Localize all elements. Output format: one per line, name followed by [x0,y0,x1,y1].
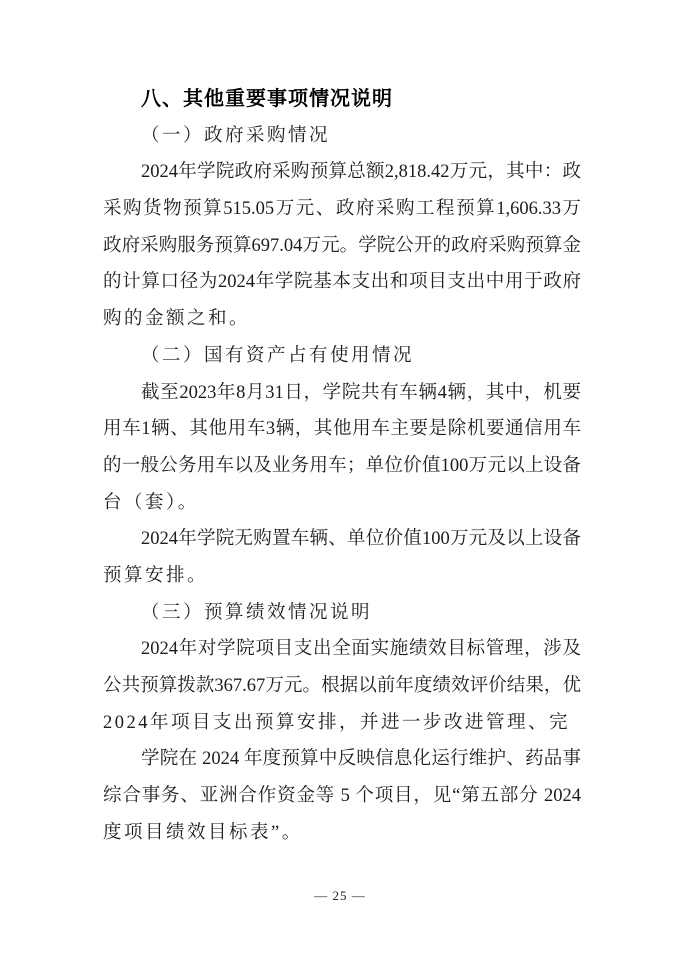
document-line: 2024年学院政府采购预算总额2,818.42万元，其中：政府 [103,154,581,191]
document-line: 采购货物预算515.05万元、政府采购工程预算1,606.33万元、 [103,191,581,228]
document-line: 的一般公务用车以及业务用车；单位价值100万元以上设备2 [103,448,581,485]
section-heading: 八、其他重要事项情况说明 [103,81,581,118]
subsection-heading: （一）政府采购情况 [103,118,581,155]
document-line: 2024年学院无购置车辆、单位价值100万元及以上设备的 [103,521,581,558]
document-line: 预算安排。 [103,558,581,595]
document-line: 截至2023年8月31日，学院共有车辆4辆，其中，机要通信 [103,375,581,412]
document-line: 购的金额之和。 [103,301,581,338]
document-line: 公共预算拨款367.67万元。根据以前年度绩效评价结果，优化 [103,668,581,705]
document-line: 度项目绩效目标表”。 [103,815,581,852]
document-body: 八、其他重要事项情况说明（一）政府采购情况2024年学院政府采购预算总额2,81… [103,81,581,851]
document-line: 学院在 2024 年度预算中反映信息化运行维护、药品事业 [103,741,581,778]
document-line: 2024年对学院项目支出全面实施绩效目标管理，涉及一般 [103,631,581,668]
document-line: 2024年项目支出预算安排，并进一步改进管理、完善政策。 [103,705,581,742]
document-line: 的计算口径为2024年学院基本支出和项目支出中用于政府采 [103,264,581,301]
document-line: 用车1辆、其他用车3辆，其他用车主要是除机要通信用车之外 [103,411,581,448]
subsection-heading: （二）国有资产占有使用情况 [103,338,581,375]
document-line: 政府采购服务预算697.04万元。学院公开的政府采购预算金额 [103,228,581,265]
page-number: — 25 — [0,888,680,904]
document-line: 台（套）。 [103,485,581,522]
subsection-heading: （三）预算绩效情况说明 [103,595,581,632]
document-line: 综合事务、亚洲合作资金等 5 个项目，见“第五部分 2024 年 [103,778,581,815]
document-page: 八、其他重要事项情况说明（一）政府采购情况2024年学院政府采购预算总额2,81… [0,0,680,967]
